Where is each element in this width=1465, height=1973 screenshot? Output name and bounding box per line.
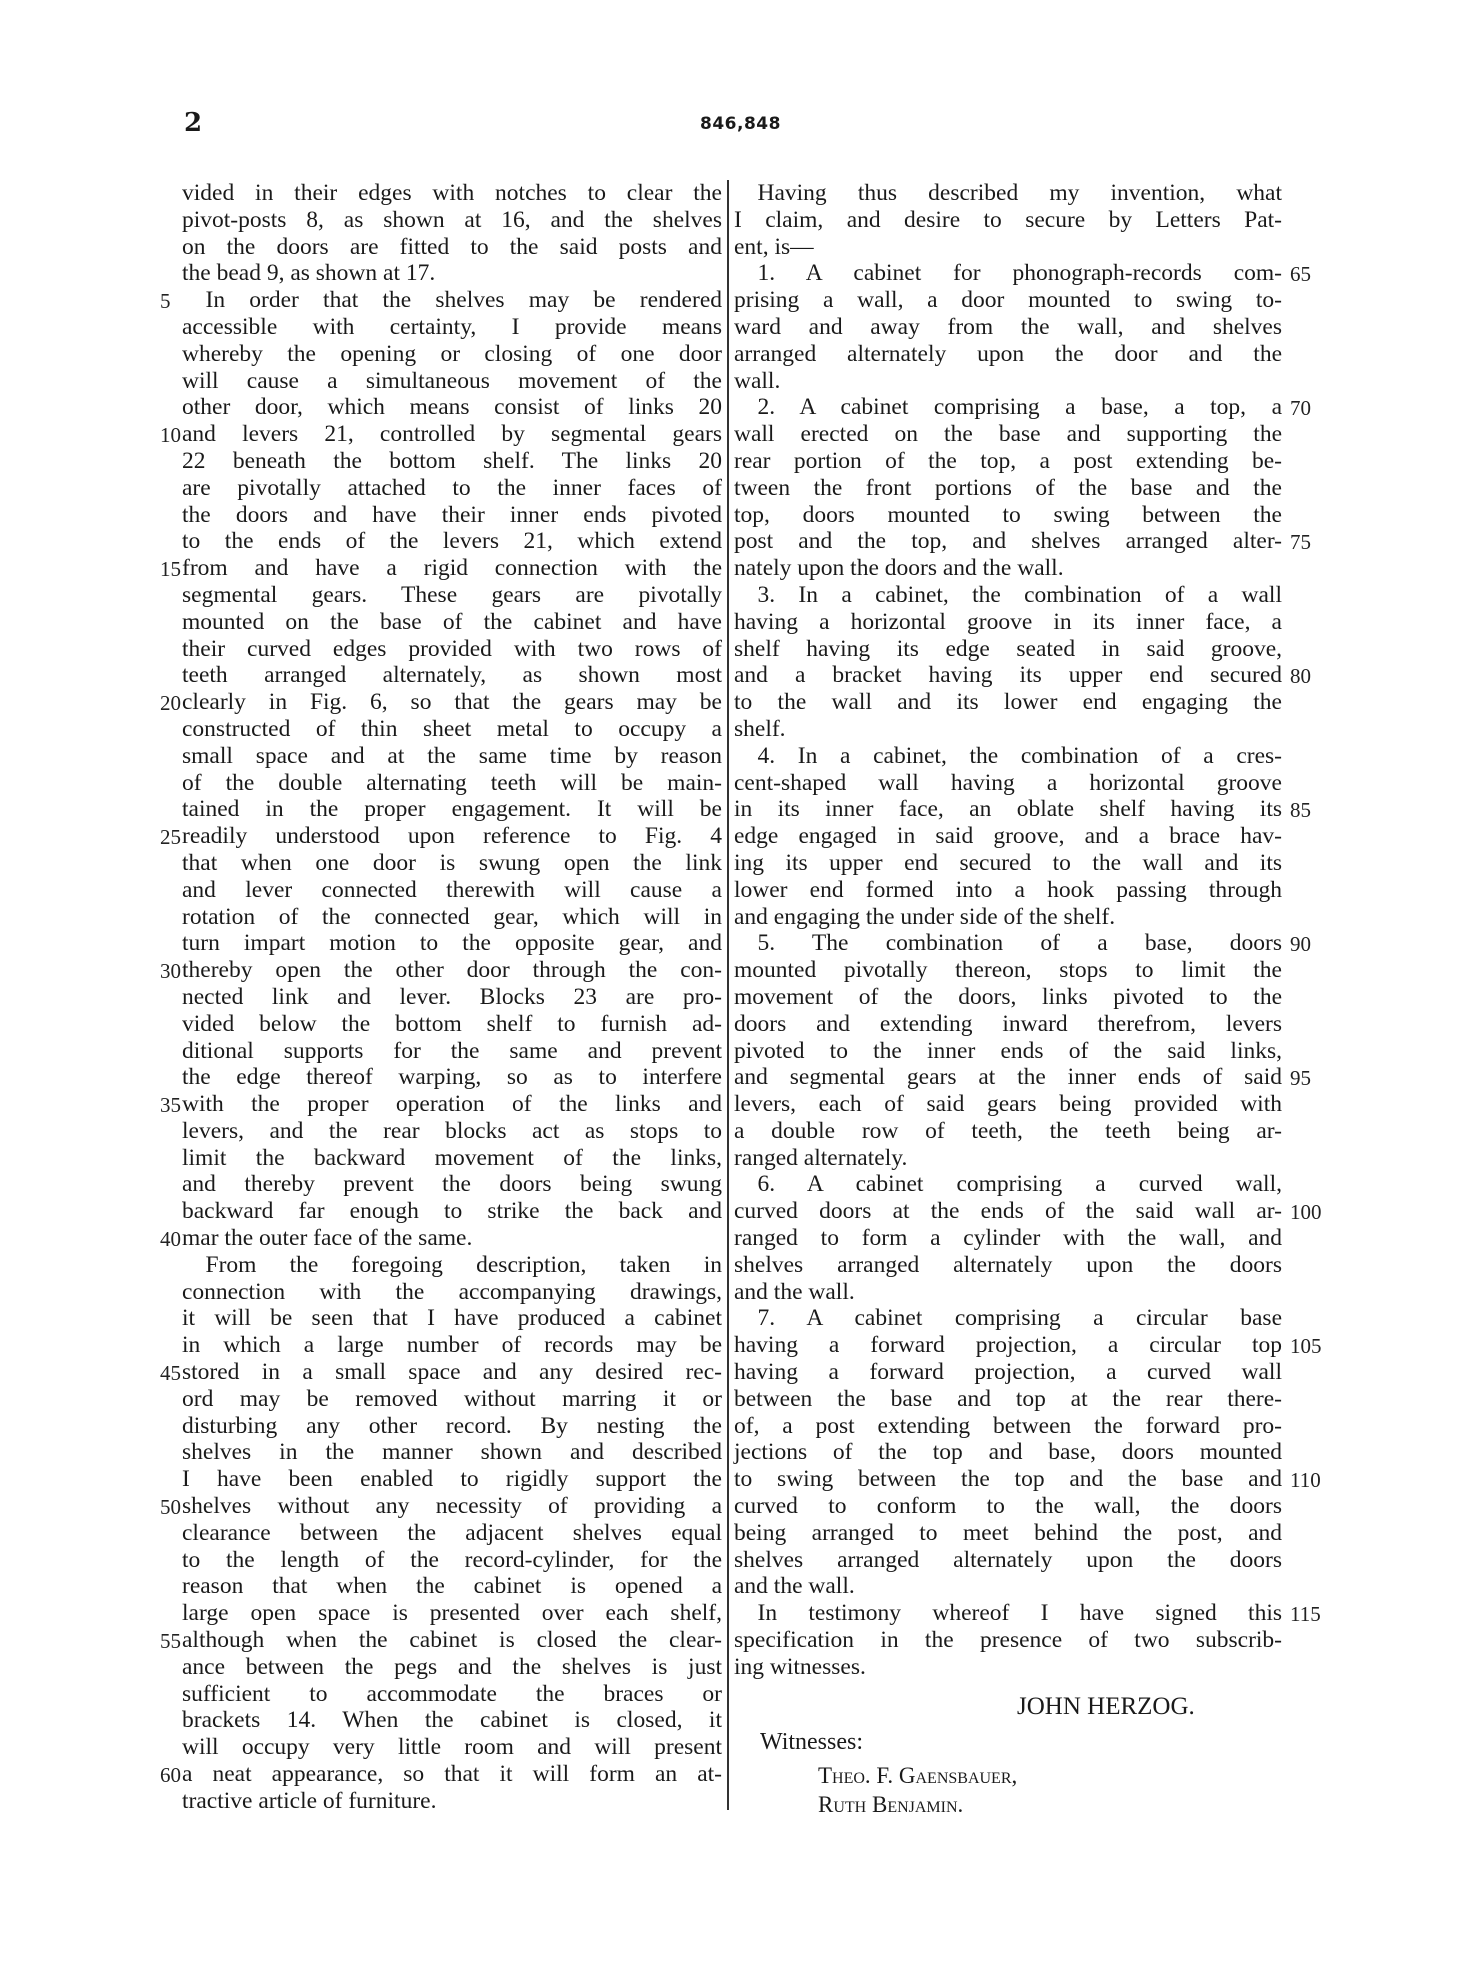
text-line: 22 beneath the bottom shelf. The links 2… — [182, 448, 722, 475]
text-line: ing witnesses. — [734, 1654, 1282, 1681]
text-line: a neat appearance, so that it will form … — [182, 1761, 722, 1788]
text-line: in its inner face, an oblate shelf havin… — [734, 796, 1282, 823]
text-line: levers, each of said gears being provide… — [734, 1091, 1282, 1118]
text-line: arranged alternately upon the door and t… — [734, 341, 1282, 368]
text-line: tained in the proper engagement. It will… — [182, 796, 722, 823]
text-line: and thereby prevent the doors being swun… — [182, 1171, 722, 1198]
left-column: vided in their edges with notches to cle… — [182, 180, 722, 1815]
witness-2: Ruth Benjamin. — [818, 1792, 963, 1818]
text-line: rotation of the connected gear, which wi… — [182, 904, 722, 931]
text-line: to the ends of the levers 21, which exte… — [182, 528, 722, 555]
margin-line-number: 15 — [160, 557, 181, 582]
margin-line-number: 95 — [1290, 1066, 1311, 1091]
margin-line-number: 50 — [160, 1495, 181, 1520]
text-line: small space and at the same time by reas… — [182, 743, 722, 770]
margin-line-number: 30 — [160, 959, 181, 984]
text-line: In order that the shelves may be rendere… — [182, 287, 722, 314]
margin-line-number: 60 — [160, 1763, 181, 1788]
text-line: segmental gears. These gears are pivotal… — [182, 582, 722, 609]
text-line: levers, and the rear blocks act as stops… — [182, 1118, 722, 1145]
text-line: nected link and lever. Blocks 23 are pro… — [182, 984, 722, 1011]
text-line: mounted on the base of the cabinet and h… — [182, 609, 722, 636]
text-line: ord may be removed without marring it or — [182, 1386, 722, 1413]
margin-line-number: 25 — [160, 825, 181, 850]
text-line: shelves arranged alternately upon the do… — [734, 1547, 1282, 1574]
text-line: tween the front portions of the base and… — [734, 475, 1282, 502]
text-line: Having thus described my invention, what — [734, 180, 1282, 207]
text-line: and levers 21, controlled by segmental g… — [182, 421, 722, 448]
text-line: 6. A cabinet comprising a curved wall, — [734, 1171, 1282, 1198]
text-line: whereby the opening or closing of one do… — [182, 341, 722, 368]
text-line: tractive article of furniture. — [182, 1788, 722, 1815]
text-line: will occupy very little room and will pr… — [182, 1734, 722, 1761]
text-line: mar the outer face of the same. — [182, 1225, 722, 1252]
text-line: sufficient to accommodate the braces or — [182, 1681, 722, 1708]
text-line: I claim, and desire to secure by Letters… — [734, 207, 1282, 234]
text-line: edge engaged in said groove, and a brace… — [734, 823, 1282, 850]
text-line: I have been enabled to rigidly support t… — [182, 1466, 722, 1493]
text-line: having a horizontal groove in its inner … — [734, 609, 1282, 636]
text-line: being arranged to meet behind the post, … — [734, 1520, 1282, 1547]
margin-line-number: 105 — [1290, 1334, 1322, 1359]
text-line: ranged to form a cylinder with the wall,… — [734, 1225, 1282, 1252]
text-line: From the foregoing description, taken in — [182, 1252, 722, 1279]
text-line: thereby open the other door through the … — [182, 957, 722, 984]
text-line: curved to conform to the wall, the doors — [734, 1493, 1282, 1520]
text-line: and lever connected therewith will cause… — [182, 877, 722, 904]
text-line: vided below the bottom shelf to furnish … — [182, 1011, 722, 1038]
text-line: rear portion of the top, a post extendin… — [734, 448, 1282, 475]
text-line: shelves arranged alternately upon the do… — [734, 1252, 1282, 1279]
text-line: shelf. — [734, 716, 1282, 743]
text-line: having a forward projection, a curved wa… — [734, 1359, 1282, 1386]
margin-line-number: 110 — [1290, 1468, 1321, 1493]
margin-line-number: 65 — [1290, 262, 1311, 287]
text-line: other door, which means consist of links… — [182, 394, 722, 421]
text-line: vided in their edges with notches to cle… — [182, 180, 722, 207]
text-line: wall. — [734, 368, 1282, 395]
text-line: of, a post extending between the forward… — [734, 1413, 1282, 1440]
witnesses-label: Witnesses: — [760, 1729, 863, 1756]
text-line: prising a wall, a door mounted to swing … — [734, 287, 1282, 314]
text-line: shelves without any necessity of providi… — [182, 1493, 722, 1520]
margin-line-number: 45 — [160, 1361, 181, 1386]
text-line: brackets 14. When the cabinet is closed,… — [182, 1707, 722, 1734]
text-line: to the length of the record-cylinder, fo… — [182, 1547, 722, 1574]
text-line: reason that when the cabinet is opened a — [182, 1573, 722, 1600]
text-line: connection with the accompanying drawing… — [182, 1279, 722, 1306]
text-line: although when the cabinet is closed the … — [182, 1627, 722, 1654]
text-line: ent, is— — [734, 234, 1282, 261]
margin-line-number: 90 — [1290, 932, 1311, 957]
text-line: limit the backward movement of the links… — [182, 1145, 722, 1172]
margin-line-number: 20 — [160, 691, 181, 716]
text-line: constructed of thin sheet metal to occup… — [182, 716, 722, 743]
text-line: teeth arranged alternately, as shown mos… — [182, 662, 722, 689]
text-line: doors and extending inward therefrom, le… — [734, 1011, 1282, 1038]
text-line: having a forward projection, a circular … — [734, 1332, 1282, 1359]
text-line: wall erected on the base and supporting … — [734, 421, 1282, 448]
text-line: ance between the pegs and the shelves is… — [182, 1654, 722, 1681]
margin-line-number: 35 — [160, 1093, 181, 1118]
text-line: shelves in the manner shown and describe… — [182, 1439, 722, 1466]
text-line: In testimony whereof I have signed this — [734, 1600, 1282, 1627]
text-line: and the wall. — [734, 1279, 1282, 1306]
text-line: to the wall and its lower end engaging t… — [734, 689, 1282, 716]
text-line: the bead 9, as shown at 17. — [182, 260, 722, 287]
text-line: specification in the presence of two sub… — [734, 1627, 1282, 1654]
margin-line-number: 40 — [160, 1227, 181, 1252]
text-line: clearance between the adjacent shelves e… — [182, 1520, 722, 1547]
text-line: a double row of teeth, the teeth being a… — [734, 1118, 1282, 1145]
text-line: on the doors are fitted to the said post… — [182, 234, 722, 261]
text-line: 3. In a cabinet, the combination of a wa… — [734, 582, 1282, 609]
text-line: movement of the doors, links pivoted to … — [734, 984, 1282, 1011]
margin-line-number: 80 — [1290, 664, 1311, 689]
witness-1: Theo. F. Gaensbauer, — [818, 1763, 1017, 1789]
text-line: mounted pivotally thereon, stops to limi… — [734, 957, 1282, 984]
text-line: shelf having its edge seated in said gro… — [734, 636, 1282, 663]
text-line: pivot-posts 8, as shown at 16, and the s… — [182, 207, 722, 234]
text-line: from and have a rigid connection with th… — [182, 555, 722, 582]
text-line: backward far enough to strike the back a… — [182, 1198, 722, 1225]
text-line: ditional supports for the same and preve… — [182, 1038, 722, 1065]
page-number: 2 — [184, 108, 202, 138]
text-line: accessible with certainty, I provide mea… — [182, 314, 722, 341]
text-line: lower end formed into a hook passing thr… — [734, 877, 1282, 904]
patent-number: 846,848 — [700, 114, 781, 134]
text-line: 5. The combination of a base, doors — [734, 930, 1282, 957]
text-line: the doors and have their inner ends pivo… — [182, 502, 722, 529]
text-line: are pivotally attached to the inner face… — [182, 475, 722, 502]
column-divider — [727, 180, 729, 1810]
text-line: ing its upper end secured to the wall an… — [734, 850, 1282, 877]
text-line: between the base and top at the rear the… — [734, 1386, 1282, 1413]
text-line: turn impart motion to the opposite gear,… — [182, 930, 722, 957]
text-line: to swing between the top and the base an… — [734, 1466, 1282, 1493]
text-line: readily understood upon reference to Fig… — [182, 823, 722, 850]
text-line: stored in a small space and any desired … — [182, 1359, 722, 1386]
text-line: cent-shaped wall having a horizontal gro… — [734, 770, 1282, 797]
text-line: that when one door is swung open the lin… — [182, 850, 722, 877]
margin-line-number: 5 — [160, 289, 171, 314]
text-line: disturbing any other record. By nesting … — [182, 1413, 722, 1440]
text-line: and engaging the under side of the shelf… — [734, 904, 1282, 931]
text-line: curved doors at the ends of the said wal… — [734, 1198, 1282, 1225]
text-line: and a bracket having its upper end secur… — [734, 662, 1282, 689]
text-line: with the proper operation of the links a… — [182, 1091, 722, 1118]
text-line: 7. A cabinet comprising a circular base — [734, 1305, 1282, 1332]
inventor-signature: JOHN HERZOG. — [1017, 1693, 1195, 1721]
text-line: large open space is presented over each … — [182, 1600, 722, 1627]
text-line: and the wall. — [734, 1573, 1282, 1600]
text-line: ward and away from the wall, and shelves — [734, 314, 1282, 341]
text-line: 2. A cabinet comprising a base, a top, a — [734, 394, 1282, 421]
text-line: will cause a simultaneous movement of th… — [182, 368, 722, 395]
text-line: 1. A cabinet for phonograph-records com- — [734, 260, 1282, 287]
text-line: their curved edges provided with two row… — [182, 636, 722, 663]
margin-line-number: 75 — [1290, 530, 1311, 555]
text-line: nately upon the doors and the wall. — [734, 555, 1282, 582]
text-line: it will be seen that I have produced a c… — [182, 1305, 722, 1332]
text-line: 4. In a cabinet, the combination of a cr… — [734, 743, 1282, 770]
text-line: the edge thereof warping, so as to inter… — [182, 1064, 722, 1091]
text-line: clearly in Fig. 6, so that the gears may… — [182, 689, 722, 716]
margin-line-number: 115 — [1290, 1602, 1321, 1627]
right-column: Having thus described my invention, what… — [734, 180, 1282, 1681]
margin-line-number: 55 — [160, 1629, 181, 1654]
text-line: of the double alternating teeth will be … — [182, 770, 722, 797]
text-line: post and the top, and shelves arranged a… — [734, 528, 1282, 555]
margin-line-number: 100 — [1290, 1200, 1322, 1225]
text-line: in which a large number of records may b… — [182, 1332, 722, 1359]
margin-line-number: 70 — [1290, 396, 1311, 421]
text-line: pivoted to the inner ends of the said li… — [734, 1038, 1282, 1065]
margin-line-number: 85 — [1290, 798, 1311, 823]
text-line: and segmental gears at the inner ends of… — [734, 1064, 1282, 1091]
margin-line-number: 10 — [160, 423, 181, 448]
text-line: top, doors mounted to swing between the — [734, 502, 1282, 529]
text-line: ranged alternately. — [734, 1145, 1282, 1172]
text-line: jections of the top and base, doors moun… — [734, 1439, 1282, 1466]
